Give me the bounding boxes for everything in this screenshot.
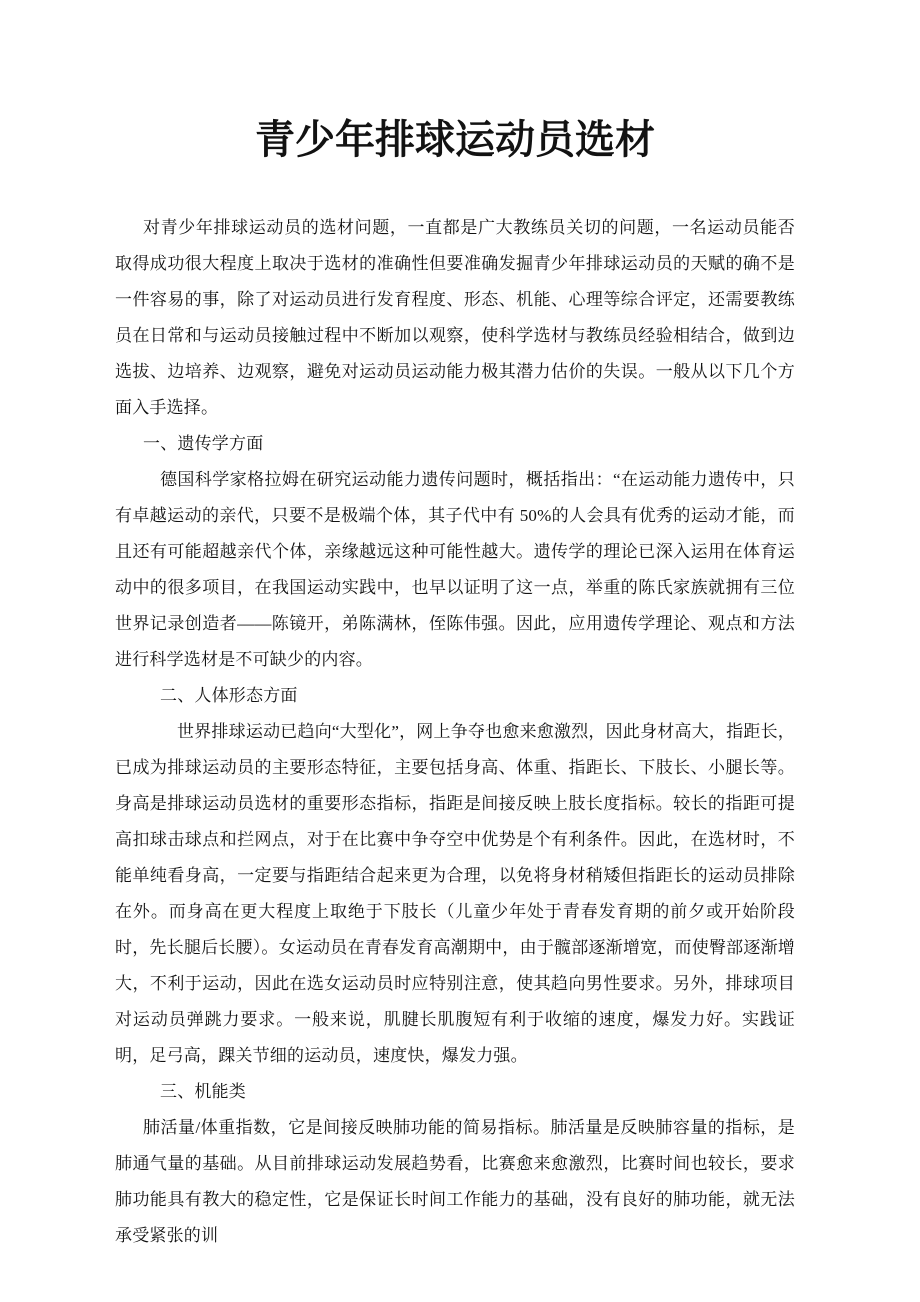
paragraph-body-form: 世界排球运动已趋向“大型化”，网上争夺也愈来愈激烈，因此身材高大，指距长，已成为… <box>115 714 795 1074</box>
document-content: 青少年排球运动员选材 对青少年排球运动员的选材问题，一直都是广大教练员关切的问题… <box>115 116 795 1254</box>
heading-genetics: 一、遗传学方面 <box>115 426 795 462</box>
heading-function: 三、机能类 <box>115 1074 795 1110</box>
document-page: 青少年排球运动员选材 对青少年排球运动员的选材问题，一直都是广大教练员关切的问题… <box>0 0 920 1302</box>
document-title: 青少年排球运动员选材 <box>115 116 795 164</box>
paragraph-genetics: 德国科学家格拉姆在研究运动能力遗传问题时，概括指出：“在运动能力遗传中，只有卓越… <box>115 462 795 678</box>
paragraph-function: 肺活量/体重指数，它是间接反映肺功能的简易指标。肺活量是反映肺容量的指标，是肺通… <box>115 1110 795 1254</box>
heading-body-form: 二、人体形态方面 <box>115 678 795 714</box>
paragraph-intro: 对青少年排球运动员的选材问题，一直都是广大教练员关切的问题，一名运动员能否取得成… <box>115 210 795 426</box>
